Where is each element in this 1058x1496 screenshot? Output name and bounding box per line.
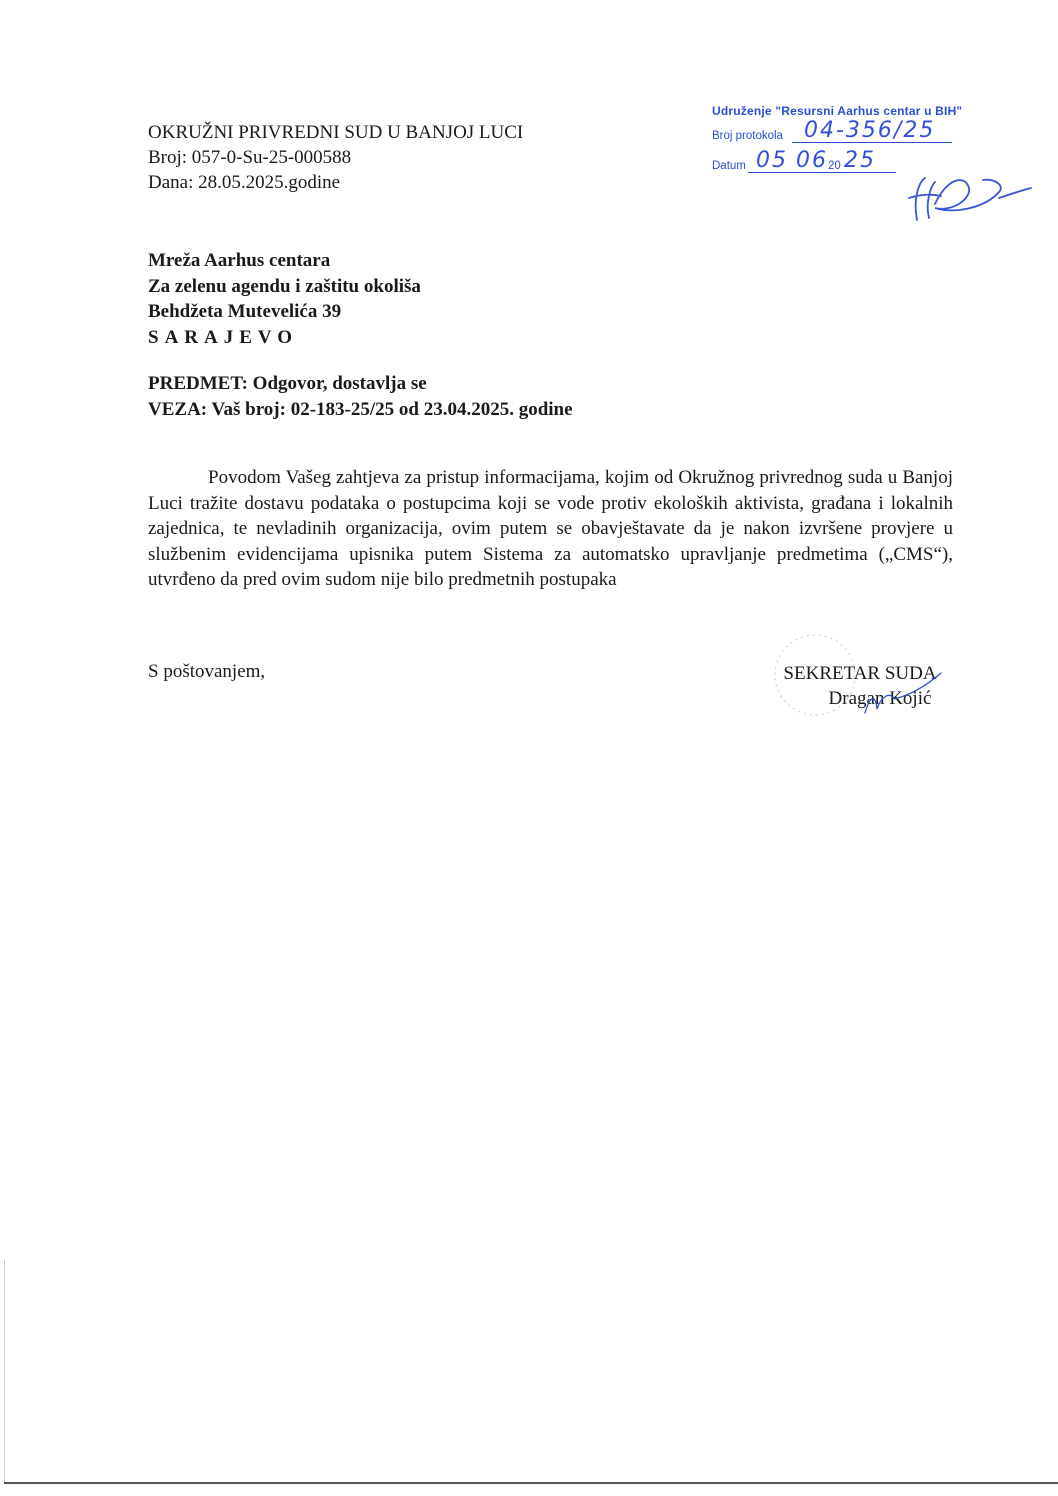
recipient-line-1: Mreža Aarhus centara — [148, 248, 421, 274]
stamp-date-year: 25 — [844, 148, 876, 173]
stamp-protocol-label: Broj protokola — [712, 130, 783, 142]
stamp-protocol-row: Broj protokola 04-356/25 — [712, 118, 1032, 148]
stamp-date-month: 06 — [796, 148, 828, 173]
received-stamp: Udruženje "Resursni Aarhus centar u BIH"… — [712, 104, 1032, 178]
reference-number: Broj: 057-0-Su-25-000588 — [148, 145, 523, 170]
closing-greeting: S poštovanjem, — [148, 661, 265, 683]
letter-body: Povodom Vašeg zahtjeva za pristup inform… — [148, 465, 953, 593]
body-paragraph: Povodom Vašeg zahtjeva za pristup inform… — [148, 465, 953, 593]
recipient-line-2: Za zelenu agendu i zaštitu okoliša — [148, 274, 421, 300]
scan-bottom-edge — [4, 1482, 1058, 1484]
stamp-protocol-value: 04-356/25 — [804, 118, 935, 143]
subject-veza: VEZA: Vaš broj: 02-183-25/25 od 23.04.20… — [148, 397, 573, 423]
court-name: OKRUŽNI PRIVREDNI SUD U BANJOJ LUCI — [148, 120, 523, 145]
recipient-address: Mreža Aarhus centara Za zelenu agendu i … — [148, 248, 421, 350]
handwritten-initials-icon — [895, 168, 1035, 228]
recipient-line-3: Behdžeta Mutevelića 39 — [148, 299, 421, 325]
scan-left-edge — [4, 1260, 5, 1482]
subject-predmet: PREDMET: Odgovor, dostavlja se — [148, 371, 573, 397]
recipient-city: SARAJEVO — [148, 325, 421, 351]
subject-block: PREDMET: Odgovor, dostavlja se VEZA: Vaš… — [148, 371, 573, 422]
document-date: Dana: 28.05.2025.godine — [148, 170, 523, 195]
signature-icon — [855, 669, 945, 717]
stamp-date-year-prefix: 20 — [828, 160, 841, 172]
stamp-date-day: 05 — [756, 148, 788, 173]
signature-block: SEKRETAR SUDA Dragan Kojić — [760, 661, 960, 711]
document-header: OKRUŽNI PRIVREDNI SUD U BANJOJ LUCI Broj… — [148, 120, 523, 195]
stamp-date-label: Datum — [712, 160, 746, 172]
stamp-organization: Udruženje "Resursni Aarhus centar u BIH" — [712, 104, 1032, 118]
